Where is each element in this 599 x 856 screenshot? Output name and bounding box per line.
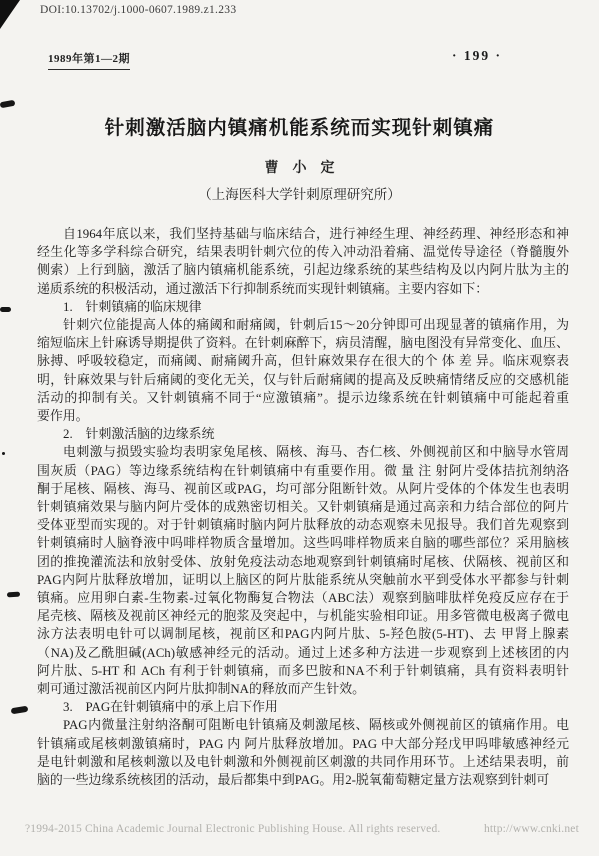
copyright-notice: ?1994-2015 China Academic Journal Electr… xyxy=(25,823,441,835)
author-affiliation: （上海医科大学针刺原理研究所） xyxy=(0,183,599,203)
body-line: 围灰质（PAG）等边缘系统结构在针刺镇痛中有重要作用。微 量 注 射阿片受体拮抗… xyxy=(37,462,569,480)
author-name: 曹 小 定 xyxy=(0,157,599,177)
body-line: 2. 针刺激活脑的边缘系统 xyxy=(37,425,569,443)
scan-artifact-mark xyxy=(11,706,29,715)
body-line: 团的推挽灌流法和放射受体、放射免疫法动态地观察到针刺镇痛时尾核、伏隔核、视前区和 xyxy=(37,553,569,571)
body-line: 针刺镇痛效果与脑内阿片受体的成熟密切相关。又针刺镇痛是通过高亲和力结合部位的阿片 xyxy=(37,498,569,516)
body-line: 针镇痛或尾核刺激镇痛时，PAG 内 阿片肽释放增加。PAG 中大部分羟戊甲吗啡敏… xyxy=(37,735,569,753)
page-number: · 199 · xyxy=(452,48,502,64)
body-line: 酮于尾核、隔核、海马、视前区或PAG，均可部分阻断针效。从阿片受体的个体发生也表… xyxy=(37,480,569,498)
scan-artifact-mark xyxy=(7,592,20,598)
body-line: 经生化等多学科综合研究，结果表明针刺穴位的传入冲动沿着痛、温觉传导途径（脊髓腹外 xyxy=(37,243,569,261)
body-line: PAG内微量注射纳洛酮可阻断电针镇痛及刺激尾核、隔核或外侧视前区的镇痛作用。电 xyxy=(37,716,569,734)
body-line: 镇痛。应用卵白素-生物素-过氧化物酶复合物法（ABC法）观察到脑啡肽样免疫反应存… xyxy=(37,589,569,607)
article-title: 针刺激活脑内镇痛机能系统而实现针刺镇痛 xyxy=(0,112,599,140)
scan-artifact-mark xyxy=(0,100,15,109)
body-line: 3. PAG在针刺镇痛中的承上启下作用 xyxy=(37,698,569,716)
body-line: 刺可通过激活视前区内阿片肽抑制NA的释放而产生针效。 xyxy=(37,680,569,698)
body-line: 递质系统的积极活动，通过激活下行抑制系统而实现针刺镇痛。主要内容如下： xyxy=(37,280,569,298)
body-line: 阿片肽、5-HT 和 ACh 有利于针刺镇痛，而多巴胺和NA不利于针刺镇痛，具有… xyxy=(37,662,569,680)
body-line: 针刺穴位能提高人体的痛阈和耐痛阈，针刺后15～20分钟即可出现显著的镇痛作用，为 xyxy=(37,316,569,334)
scanned-journal-page: DOI:10.13702/j.1000-0607.1989.z1.233 198… xyxy=(0,0,599,856)
page-footer: ?1994-2015 China Academic Journal Electr… xyxy=(25,823,579,835)
body-line: PAG内阿片肽释放增加，证明以上脑区的阿片肽能系统从突触前水平到受体水平都参与针… xyxy=(37,571,569,589)
body-line: 脉搏、呼吸较稳定，而痛阈、耐痛阈升高，但针麻效果存在很大的个 体 差 异。临床观… xyxy=(37,352,569,370)
body-line: 电刺激与损毁实验均表明家兔尾核、隔核、海马、杏仁核、外侧视前区和中脑导水管周 xyxy=(37,443,569,461)
body-line: 明，针麻效果与针后痛阈的变化无关，仅与针后耐痛阈的提高及反映痛情绪反应的交感机能 xyxy=(37,371,569,389)
journal-issue-label: 1989年第1—2期 xyxy=(48,50,130,70)
body-line: 缩短临床上针麻诱导期提供了资料。在针刺麻醉下，病员清醒，脑电图没有异常变化、血压… xyxy=(37,334,569,352)
body-line: 自1964年底以来，我们坚持基础与临床结合，进行神经生理、神经药理、神经形态和神 xyxy=(37,225,569,243)
body-line: 泳方法表明电针可以调制尾核，视前区和PAG内阿片肽、5-羟色胺(5-HT)、去 … xyxy=(37,625,569,643)
body-line: 针刺镇痛时人脑脊液中吗啡样物质含量增加。这些吗啡样物质来自脑的哪些部位？采用脑核 xyxy=(37,534,569,552)
scan-artifact-mark xyxy=(0,307,11,312)
footer-url: http://www.cnki.net xyxy=(484,823,579,835)
scan-artifact-mark xyxy=(2,452,5,455)
body-line: 受体亚型而实现的。对于针刺镇痛时脑内阿片肽释放的动态观察未见报导。我们首先观察到 xyxy=(37,516,569,534)
body-line: （NA)及乙酰胆碱(ACh)敏感神经元的活动。通过上述多种方法进一步观察到上述核… xyxy=(37,644,569,662)
body-line: 脑的一些边缘系统核团的活动，最后都集中到PAG。用2-脱氧葡萄糖定量方法观察到针… xyxy=(37,771,569,789)
body-line: 侧索）上行到脑，激活了脑内镇痛机能系统，引起边缘系统的某些结构及以内阿片肽为主的 xyxy=(37,261,569,279)
body-line: 1. 针刺镇痛的临床规律 xyxy=(37,298,569,316)
doi-label: DOI:10.13702/j.1000-0607.1989.z1.233 xyxy=(40,4,236,16)
body-line: 是电针刺激和尾核刺激以及电针刺激和外侧视前区刺激的共同作用环节。上述结果表明，前 xyxy=(37,753,569,771)
body-line: 尾壳核、隔核及视前区神经元的胞浆及突起中，与机能实验相印证。用多管微电极离子微电 xyxy=(37,607,569,625)
body-line: 要作用。 xyxy=(37,407,569,425)
article-body: 自1964年底以来，我们坚持基础与临床结合，进行神经生理、神经药理、神经形态和神… xyxy=(37,225,569,789)
body-line: 活动的抑制有关。又针刺镇痛不同于“应激镇痛”。提示边缘系统在针刺镇痛中可能起着重 xyxy=(37,389,569,407)
scan-artifact-corner xyxy=(0,0,20,29)
